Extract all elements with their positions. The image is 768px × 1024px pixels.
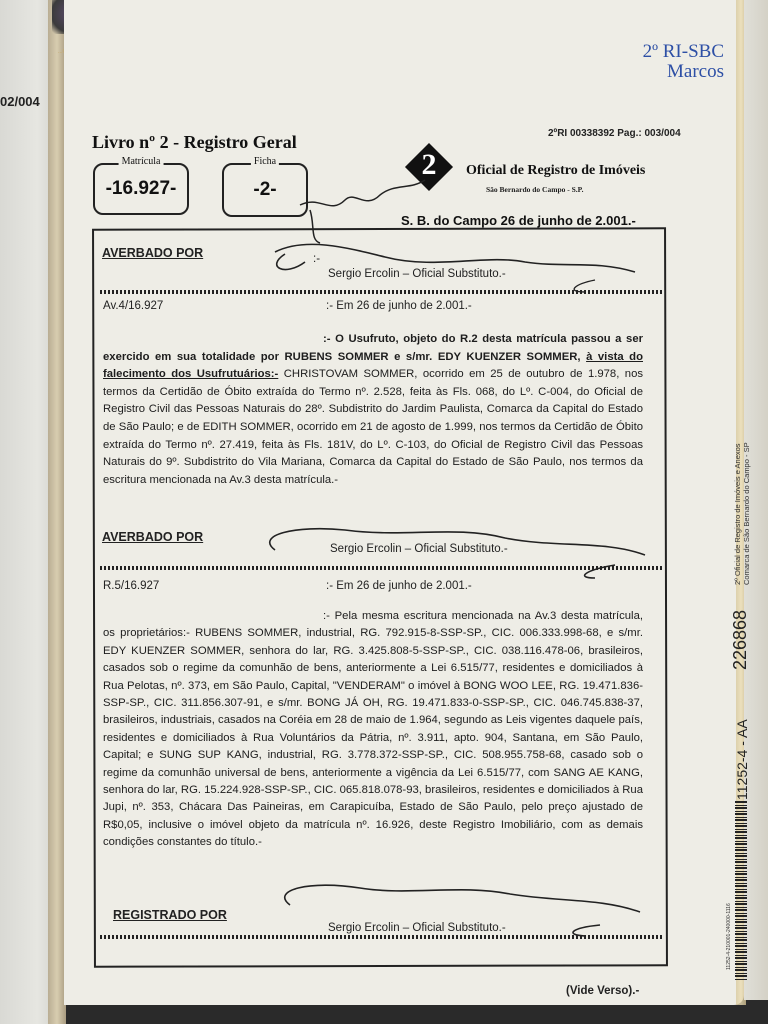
registrado-por-label: REGISTRADO POR <box>113 908 227 922</box>
divider <box>100 290 662 294</box>
page-reference: 2ºRI 00338392 Pag.: 003/004 <box>548 128 681 139</box>
entry-text-av4: :- O Usufruto, objeto do R.2 desta matrí… <box>103 331 643 489</box>
signer-name-3: Sergio Ercolin – Oficial Substituto.- <box>328 922 506 934</box>
stamp-line-1: 2º RI-SBC <box>643 42 724 62</box>
side-office-line-1: 2º Oficial de Registro de Imóveis e Anex… <box>733 442 742 585</box>
barcode-icon <box>735 800 747 980</box>
averbado-por-label-1: AVERBADO POR <box>102 246 203 260</box>
entry-ref-av4: Av.4/16.927 <box>103 300 163 312</box>
barcode-text: 11252-4-210001-240000-1116 <box>726 903 732 970</box>
entry-ref-r5: R.5/16.927 <box>103 580 159 592</box>
blue-stamp: 2º RI-SBC Marcos <box>643 42 724 82</box>
r5-text: :- Pela mesma escritura mencionada na Av… <box>103 610 643 848</box>
averbado-por-label-2: AVERBADO POR <box>102 530 203 544</box>
ficha-value: -2- <box>253 179 276 201</box>
ficha-label: Ficha <box>251 156 279 167</box>
signer-name-1: Sergio Ercolin – Oficial Substituto.- <box>328 268 506 280</box>
divider <box>100 935 662 939</box>
book-title: Livro nº 2 - Registro Geral <box>92 132 297 153</box>
matricula-value: -16.927- <box>106 178 177 200</box>
av4-text-part-1: :- O Usufruto, objeto do R.2 desta matrí… <box>103 333 643 363</box>
matricula-label: Matrícula <box>119 156 164 167</box>
side-strip-number: 226868 <box>730 610 751 670</box>
signer-name-2: Sergio Ercolin – Oficial Substituto.- <box>330 543 508 555</box>
office-name: Oficial de Registro de Imóveis <box>466 163 645 179</box>
entry-date-r5: :- Em 26 de junho de 2.001.- <box>326 580 472 592</box>
divider <box>100 566 662 570</box>
side-office-line-2: Comarca de São Bernardo do Campo - SP <box>742 442 751 585</box>
office-city: São Bernardo do Campo - S.P. <box>486 185 583 194</box>
side-strip-office: 2º Oficial de Registro de Imóveis e Anex… <box>733 442 751 585</box>
side-strip-code: 11252-4 - AA <box>734 719 750 800</box>
entry-date-av4: :- Em 26 de junho de 2.001.- <box>326 300 472 312</box>
av4-text-part-3: CHRISTOVAM SOMMER, ocorrido em 25 de out… <box>103 368 643 486</box>
matricula-box: Matrícula -16.927- <box>93 163 189 215</box>
vide-verso: (Vide Verso).- <box>566 985 639 997</box>
stamp-line-2: Marcos <box>643 62 724 82</box>
entry-text-r5: :- Pela mesma escritura mencionada na Av… <box>103 608 643 852</box>
signature-icon <box>265 232 645 292</box>
previous-page-number: 02/004 <box>0 94 40 109</box>
